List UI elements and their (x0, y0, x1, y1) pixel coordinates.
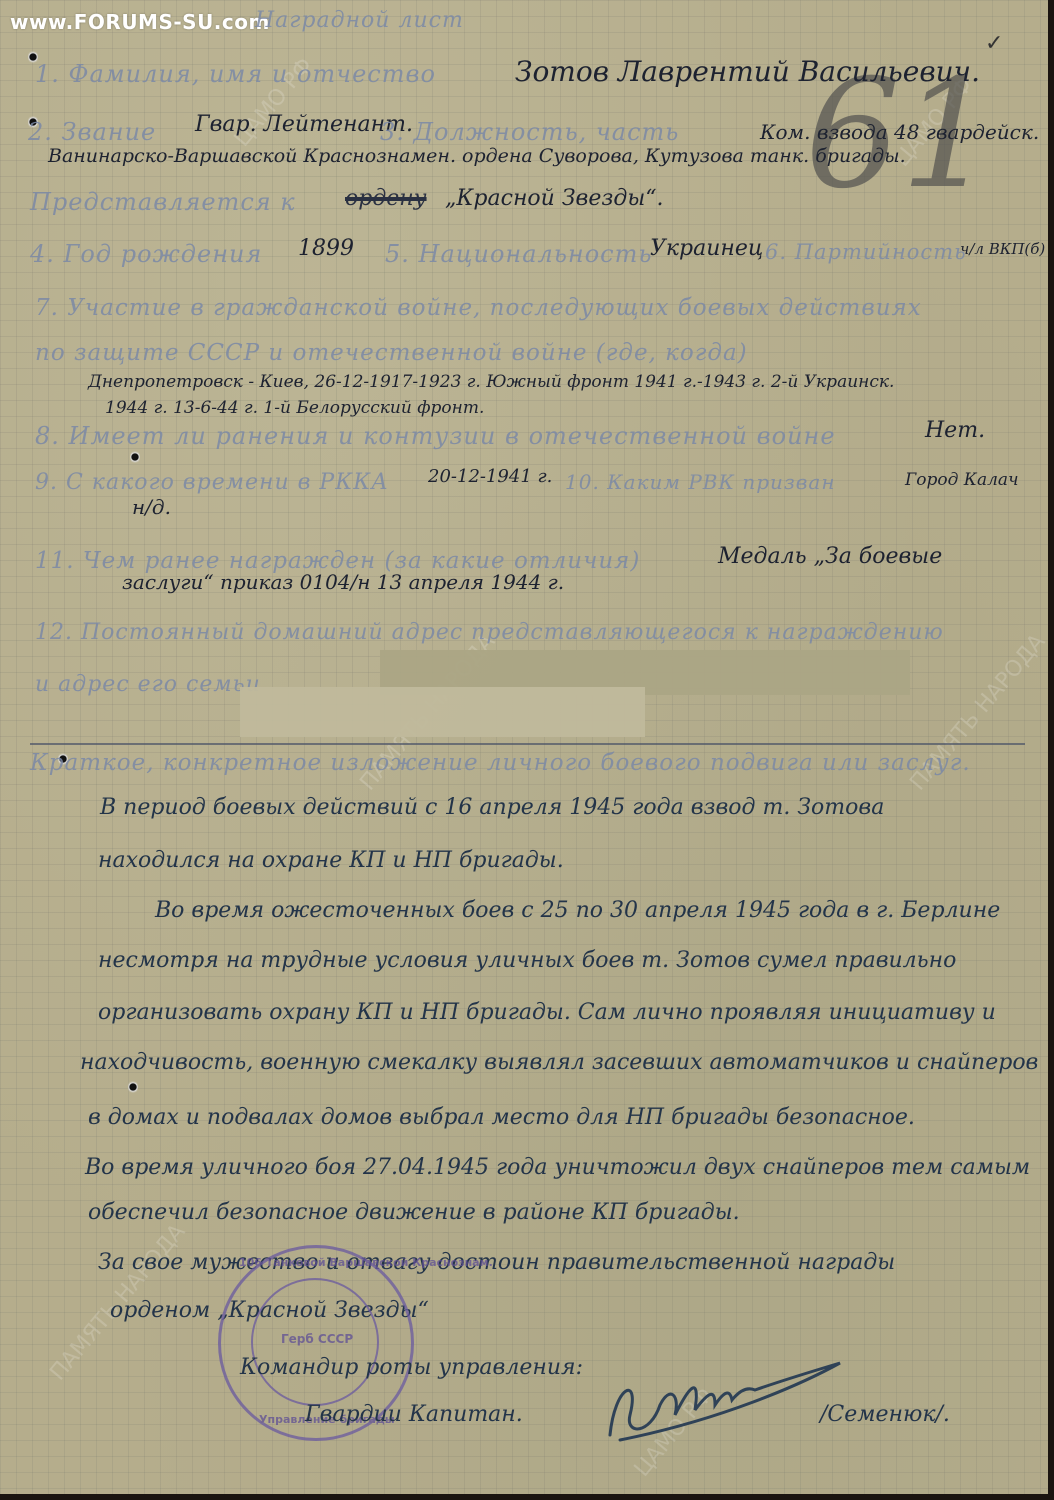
signature-icon (600, 1345, 850, 1445)
signer-title: Командир роты управления: (240, 1355, 583, 1380)
field-8-wounds: Нет. (925, 418, 985, 443)
field-6-party: ч/л ВКП(б) (960, 240, 1045, 258)
punch-hole-icon (130, 450, 140, 464)
field-10-draft-office: Город Калач (905, 470, 1019, 490)
field-5-label: 5. Национальность (385, 240, 652, 268)
field-3-position: Ком. взвода 48 гвардейск. (760, 120, 1039, 144)
signer-rank: Гвардии Капитан. (305, 1402, 523, 1427)
field-7-label: 7. Участие в гражданской войне, последую… (35, 295, 922, 321)
narrative-line: организовать охрану КП и НП бригады. Сам… (98, 1000, 996, 1025)
field-9-label: 9. С какого времени в РККА (35, 470, 389, 495)
field-11-prior-awards: Медаль „За боевые (718, 544, 942, 569)
stamp-emblem-icon: Герб СССР (281, 1332, 353, 1346)
field-8-label: 8. Имеет ли ранения и контузии в отечест… (35, 422, 836, 450)
document-page: www.FORUMS-SU.com ЦАМО РФ ПАМЯТЬ НАРОДА … (0, 0, 1054, 1500)
stamp-ring-text-top: 106 Танковой Варшавской Краснознам. (239, 1256, 493, 1269)
form-title: Наградной лист (255, 8, 464, 33)
award-label: Представляется к (30, 188, 296, 216)
field-5-nationality: Украинец (650, 236, 763, 261)
field-2-label: 2. Звание (28, 118, 156, 146)
narrative-line: находчивость, военную смекалку выявлял з… (80, 1050, 1038, 1075)
field-9-since: 20-12-1941 г. (428, 466, 552, 487)
award-struck-word: ордену (345, 186, 427, 211)
field-1-label: 1. Фамилия, имя и отчество (35, 60, 436, 88)
award-name: „Красной Звезды“. (445, 186, 663, 211)
conclusion-line: За свое мужество и отвагу достоин правит… (98, 1250, 895, 1275)
narrative-line: Во время ожесточенных боев с 25 по 30 ап… (155, 898, 1000, 923)
field-4-birth-year: 1899 (298, 236, 354, 261)
field-12-label-cont: и адрес его семьи (35, 672, 261, 697)
field-3-label: 3. Должность, часть (380, 118, 679, 146)
field-12-label: 12. Постоянный домашний адрес представля… (35, 620, 944, 645)
narrative-line: в домах и подвалах домов выбрал место дл… (88, 1105, 915, 1130)
field-10-label: 10. Каким РВК призван (565, 470, 836, 494)
stamp-emblem-ring: Герб СССР (251, 1278, 379, 1406)
field-11-prior-awards-cont: заслуги“ приказ 0104/н 13 апреля 1944 г. (122, 570, 564, 594)
narrative-line: несмотря на трудные условия уличных боев… (98, 948, 956, 973)
field-7-service-history: Днепропетровск - Киев, 26-12-1917-1923 г… (88, 372, 894, 392)
section-divider (30, 743, 1025, 745)
punch-hole-icon (128, 1080, 138, 1094)
field-7-label-cont: по защите СССР и отечественной войне (гд… (35, 340, 748, 366)
signer-name: /Семенюк/. (820, 1402, 950, 1427)
field-6-label: 6. Партийность (765, 240, 967, 264)
field-4-label: 4. Год рождения (30, 240, 262, 268)
narrative-line: находился на охране КП и НП бригады. (98, 848, 564, 873)
field-3-unit: Ванинарско-Варшавской Краснознамен. орде… (48, 145, 906, 167)
handwritten-signature (600, 1345, 850, 1450)
narrative-line: Во время уличного боя 27.04.1945 года ун… (85, 1155, 1030, 1180)
field-1-full-name: Зотов Лаврентий Васильевич. (515, 55, 980, 88)
redacted-address-cont (240, 687, 645, 737)
narrative-line: обеспечил безопасное движение в районе К… (88, 1200, 740, 1225)
field-10-draft-office-cont: н/д. (132, 495, 171, 519)
narrative-heading: Краткое, конкретное изложение личного бо… (30, 750, 971, 776)
field-7-service-history-cont: 1944 г. 13-6-44 г. 1-й Белорусский фронт… (105, 398, 484, 418)
narrative-line: В период боевых действий с 16 апреля 194… (100, 795, 884, 820)
site-watermark: www.FORUMS-SU.com (10, 10, 270, 34)
